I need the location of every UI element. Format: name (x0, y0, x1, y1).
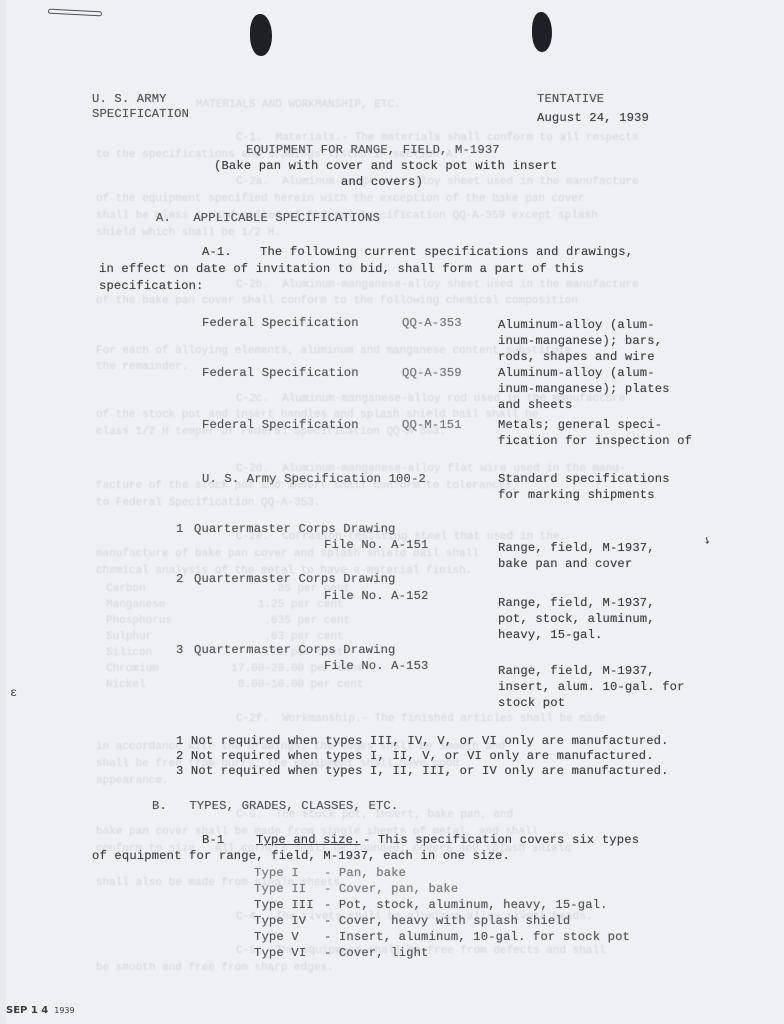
title-line2: (Bake pan with cover and stock pot with … (214, 159, 557, 174)
type-label: Type II (254, 882, 306, 897)
reference-desc: rods, shapes and wire (498, 350, 655, 365)
punch-hole (250, 14, 272, 56)
reference-desc: Aluminum-alloy (alum- (498, 366, 655, 381)
stamp-year: 1939 (54, 1006, 74, 1015)
footnote: 2 Not required when types I, II, V, or V… (176, 749, 654, 764)
reference-source: Federal Specification (202, 316, 359, 331)
reference-desc: fication for inspection of (498, 434, 692, 449)
type-label: Type IV (254, 914, 306, 929)
para-a1-label: A-1. (202, 245, 232, 260)
bleed-through-text: Phosphorus .035 per cent (106, 614, 350, 629)
bleed-through-text: of the equipment specified herein with t… (96, 192, 584, 207)
drawing-desc: heavy, 15-gal. (498, 628, 603, 643)
status-label: TENTATIVE (537, 92, 604, 107)
document-page: MATERIALS AND WORKMANSHIP, ETC. C-1. Mat… (6, 0, 784, 1024)
drawing-footnote-ref: 2 (176, 572, 183, 587)
punch-hole (532, 12, 552, 52)
bleed-through-text: to Federal Specification QQ-A-353. (96, 496, 320, 511)
reference-desc: Standard specifications (498, 472, 670, 487)
reference-source: Federal Specification (202, 418, 359, 433)
type-desc: - Cover, light (324, 946, 429, 961)
margin-mark: ɛ (10, 686, 17, 700)
scratch-mark (48, 9, 102, 17)
bleed-through-text: be smooth and free from sharp edges. (96, 961, 334, 976)
section-b-heading: B. TYPES, GRADES, CLASSES, ETC. (152, 799, 398, 814)
bleed-through-text: Manganese 1.25 per cent (106, 598, 344, 613)
footnote: 1 Not required when types III, IV, V, or… (176, 734, 669, 749)
received-date-stamp: SEP 1 41939 (6, 1005, 75, 1016)
stamp-date: SEP 1 4 (6, 1005, 48, 1016)
drawing-desc: insert, alum. 10-gal. for (498, 680, 685, 695)
type-label: Type VI (254, 946, 306, 961)
type-desc: - Cover, pan, bake (324, 882, 458, 897)
para-b1-line1: - This specification covers six types (363, 833, 639, 848)
para-a1-line2: in effect on date of invitation to bid, … (99, 262, 584, 277)
bleed-through-text: the remainder. (96, 360, 188, 375)
drawing-desc: pot, stock, aluminum, (498, 612, 655, 627)
para-b1-line2: of equipment for range, field, M-1937, e… (92, 849, 510, 864)
bleed-through-text: C-2b. Aluminum-manganese-alloy sheet use… (236, 278, 639, 293)
title-line1: EQUIPMENT FOR RANGE, FIELD, M-1937 (246, 143, 500, 158)
drawing-desc: Range, field, M-1937, (498, 541, 655, 556)
drawing-title: Quartermaster Corps Drawing (194, 572, 396, 587)
bleed-through-text: shield which shall be 1/2 H. (96, 226, 281, 241)
bleed-through-text: MATERIALS AND WORKMANSHIP, ETC. (196, 98, 401, 113)
drawing-file-number: File No. A-151 (324, 538, 429, 553)
reference-desc: inum-manganese); plates (498, 382, 670, 397)
type-label: Type III (254, 898, 314, 913)
type-label: Type I (254, 866, 299, 881)
type-desc: - Pan, bake (324, 866, 406, 881)
document-date: August 24, 1939 (537, 111, 649, 126)
drawing-title: Quartermaster Corps Drawing (194, 522, 396, 537)
bleed-through-text: C-2a. Aluminum-manganese-alloy sheet use… (236, 175, 639, 190)
para-a1-line3: specification: (99, 279, 204, 294)
drawing-desc: Range, field, M-1937, (498, 596, 655, 611)
bleed-through-text: appearance. (96, 774, 169, 789)
bleed-through-text: shall also be made from single sheets. (96, 876, 347, 891)
bleed-through-text: C-2f. Workmanship.- The finished article… (236, 712, 606, 727)
para-b1-title: Type and size. (256, 833, 361, 848)
agency-line1: U. S. ARMY (92, 92, 167, 107)
reference-desc: for marking shipments (498, 488, 655, 503)
type-desc: - Pot, stock, aluminum, heavy, 15-gal. (324, 898, 608, 913)
reference-code: QQ-A-359 (402, 366, 462, 381)
drawing-desc: Range, field, M-1937, (498, 664, 655, 679)
bleed-through-text: Nickel 8.00-10.00 per cent (106, 678, 363, 693)
drawing-file-number: File No. A-153 (324, 659, 429, 674)
drawing-desc: bake pan and cover (498, 557, 632, 572)
reference-desc: Aluminum-alloy (alum- (498, 318, 655, 333)
reference-desc: Metals; general speci- (498, 418, 662, 433)
reference-code: QQ-M-151 (402, 418, 462, 433)
reference-desc: and sheets (498, 398, 573, 413)
drawing-file-number: File No. A-152 (324, 589, 429, 604)
type-desc: - Insert, aluminum, 10-gal. for stock po… (324, 930, 630, 945)
footnote: 3 Not required when types I, II, III, or… (176, 764, 669, 779)
reference-source: U. S. Army Specification 100-2 (202, 472, 426, 487)
reference-desc: inum-manganese); bars, (498, 334, 662, 349)
type-desc: - Cover, heavy with splash shield (324, 914, 570, 929)
type-label: Type V (254, 930, 299, 945)
section-a-heading: A. APPLICABLE SPECIFICATIONS (156, 211, 380, 226)
drawing-title: Quartermaster Corps Drawing (194, 643, 396, 658)
title-line3: and covers) (341, 175, 423, 190)
reference-source: Federal Specification (202, 366, 359, 381)
agency-line2: SPECIFICATION (92, 107, 189, 122)
drawing-footnote-ref: 3 (176, 643, 183, 658)
para-a1-line1: The following current specifications and… (260, 245, 633, 260)
drawing-desc: stock pot (498, 696, 565, 711)
para-b1-label: B-1 (202, 833, 224, 848)
reference-code: QQ-A-353 (402, 316, 462, 331)
bleed-through-text: of the bake pan cover shall conform to t… (96, 294, 578, 309)
margin-mark: ↘ (700, 531, 715, 547)
drawing-footnote-ref: 1 (176, 522, 183, 537)
